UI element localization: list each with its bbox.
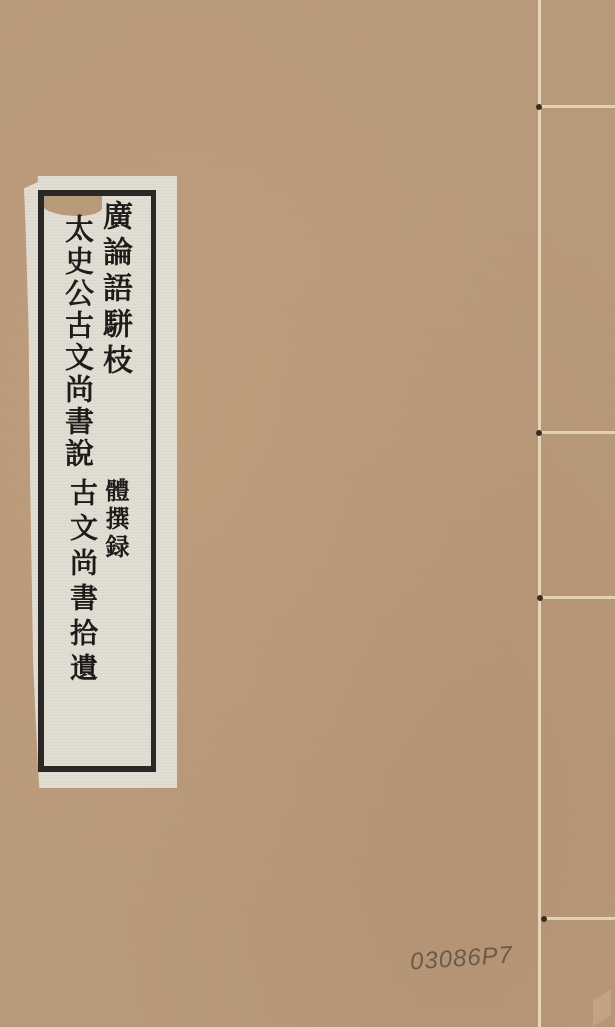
binding-stitch-4 <box>541 917 615 920</box>
title-lower-title: 古文尚書拾遺 <box>62 478 102 688</box>
stitch-hole-icon <box>541 916 547 922</box>
binding-stitch-2 <box>541 431 615 434</box>
title-lower-note: 體撰録 <box>98 478 133 562</box>
binding-spine-thread <box>538 0 541 1027</box>
stitch-hole-icon <box>537 595 543 601</box>
binding-stitch-1 <box>541 105 615 108</box>
binding-stitch-3 <box>541 596 615 599</box>
stitch-hole-icon <box>536 430 542 436</box>
title-left-column: 太史公古文尚書說 <box>58 214 99 470</box>
stitch-hole-icon <box>536 104 542 110</box>
